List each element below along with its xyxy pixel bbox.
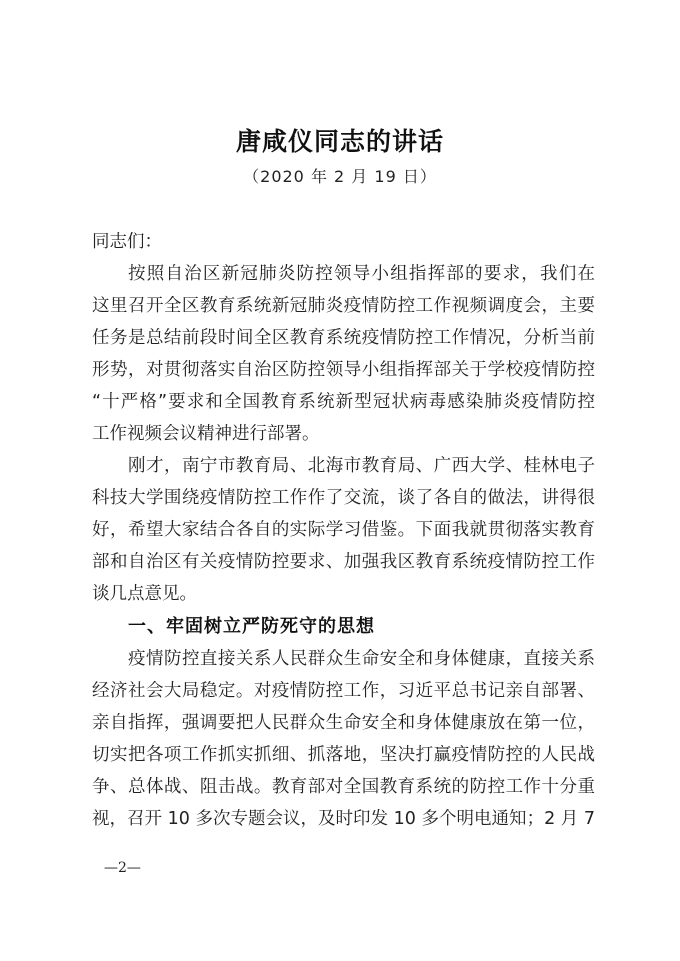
paragraph-2-line: 谈几点意见。 — [92, 580, 595, 608]
paragraph-1-line: 工作视频会议精神进行部署。 — [92, 420, 595, 448]
document-page: 唐咸仪同志的讲话 （2020 年 2 月 19 日） 同志们： 按照自治区新冠肺… — [0, 0, 680, 961]
paragraph-2-line: 科技大学围绕疫情防控工作作了交流，谈了各自的做法，讲得很 — [92, 484, 595, 512]
page-number: —2— — [104, 860, 141, 876]
paragraph-1-line: 任务是总结前段时间全区教育系统疫情防控工作情况，分析当前 — [92, 324, 595, 352]
paragraph-1-line: 形势，对贯彻落实自治区防控领导小组指挥部关于学校疫情防控 — [92, 356, 595, 384]
section-heading: 一、牢固树立严防死守的思想 — [128, 613, 375, 641]
paragraph-1-line: “十严格”要求和全国教育系统新型冠状病毒感染肺炎疫情防控 — [92, 388, 595, 416]
paragraph-1-line: 按照自治区新冠肺炎防控领导小组指挥部的要求，我们在 — [128, 260, 595, 288]
paragraph-2-line: 好，希望大家结合各自的实际学习借鉴。下面我就贯彻落实教育 — [92, 516, 595, 544]
document-title: 唐咸仪同志的讲话 — [0, 122, 680, 158]
paragraph-3-line: 疫情防控直接关系人民群众生命安全和身体健康，直接关系 — [128, 645, 595, 673]
document-date: （2020 年 2 月 19 日） — [0, 164, 680, 187]
paragraph-3-line: 亲自指挥，强调要把人民群众生命安全和身体健康放在第一位， — [92, 709, 595, 737]
paragraph-3-line: 经济社会大局稳定。对疫情防控工作，习近平总书记亲自部署、 — [92, 677, 595, 705]
salutation: 同志们： — [92, 228, 595, 256]
paragraph-3-line: 视，召开 10 多次专题会议，及时印发 10 多个明电通知；2 月 7 — [92, 805, 595, 833]
paragraph-3-line: 切实把各项工作抓实抓细、抓落地，坚决打赢疫情防控的人民战 — [92, 741, 595, 769]
paragraph-3-line: 争、总体战、阻击战。教育部对全国教育系统的防控工作十分重 — [92, 773, 595, 801]
paragraph-2-line: 部和自治区有关疫情防控要求、加强我区教育系统疫情防控工作 — [92, 548, 595, 576]
paragraph-2-line: 刚才，南宁市教育局、北海市教育局、广西大学、桂林电子 — [128, 452, 595, 480]
paragraph-1-line: 这里召开全区教育系统新冠肺炎疫情防控工作视频调度会，主要 — [92, 292, 595, 320]
